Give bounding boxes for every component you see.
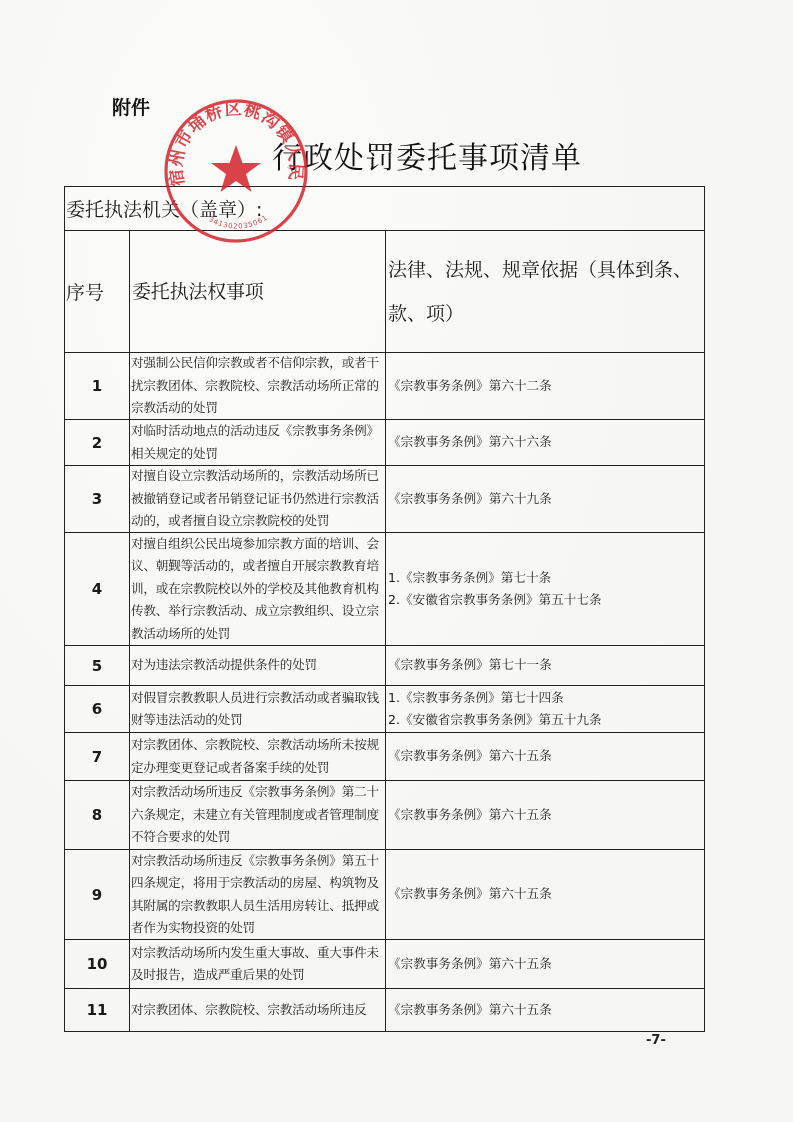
row-basis: 1.《宗教事务条例》第七十条 2.《安徽省宗教事务条例》第五十七条	[386, 533, 704, 645]
table-header: 序号 委托执法权事项 法律、法规、规章依据（具体到条、款、项）	[65, 231, 704, 353]
table-row: 9 对宗教活动场所违反《宗教事务条例》第五十四条规定，将用于宗教活动的房屋、构筑…	[65, 850, 704, 940]
table-row: 8 对宗教活动场所违反《宗教事务条例》第二十六条规定，未建立有关管理制度或者管理…	[65, 781, 704, 850]
basis-line: 《宗教事务条例》第六十五条	[388, 999, 552, 1022]
basis-line: 《宗教事务条例》第六十五条	[388, 804, 552, 827]
row-item: 对擅自设立宗教活动场所的，宗教活动场所已被撤销登记或者吊销登记证书仍然进行宗教活…	[130, 466, 386, 532]
basis-line: 1.《宗教事务条例》第七十四条	[388, 687, 564, 710]
page-number: -7-	[646, 1033, 666, 1048]
document-title: 行政处罚委托事项清单	[272, 133, 582, 177]
row-item: 对为违法宗教活动提供条件的处罚	[130, 646, 386, 685]
row-no: 8	[65, 781, 130, 849]
row-no: 5	[65, 646, 130, 685]
row-basis: 《宗教事务条例》第六十六条	[386, 420, 704, 465]
header-no: 序号	[65, 231, 130, 352]
agency-seal-row: 委托执法机关（盖章）:	[65, 187, 704, 231]
row-basis: 《宗教事务条例》第六十五条	[386, 733, 704, 780]
table-row: 3 对擅自设立宗教活动场所的，宗教活动场所已被撤销登记或者吊销登记证书仍然进行宗…	[65, 466, 704, 533]
header-basis: 法律、法规、规章依据（具体到条、款、项）	[386, 231, 704, 352]
row-basis: 《宗教事务条例》第六十五条	[386, 989, 704, 1031]
row-basis: 《宗教事务条例》第七十一条	[386, 646, 704, 685]
row-no: 3	[65, 466, 130, 532]
row-basis: 《宗教事务条例》第六十二条	[386, 353, 704, 419]
table-row: 6 对假冒宗教教职人员进行宗教活动或者骗取钱财等违法活动的处罚 1.《宗教事务条…	[65, 686, 704, 733]
table-row: 5 对为违法宗教活动提供条件的处罚 《宗教事务条例》第七十一条	[65, 646, 704, 686]
row-no: 2	[65, 420, 130, 465]
row-item: 对强制公民信仰宗教或者不信仰宗教，或者干扰宗教团体、宗教院校、宗教活动场所正常的…	[130, 353, 386, 419]
row-no: 1	[65, 353, 130, 419]
basis-line: 《宗教事务条例》第六十二条	[388, 375, 552, 398]
row-no: 11	[65, 989, 130, 1031]
row-basis: 《宗教事务条例》第六十五条	[386, 940, 704, 988]
header-item: 委托执法权事项	[130, 231, 386, 352]
table-row: 4 对擅自组织公民出境参加宗教方面的培训、会议、朝觐等活动的，或者擅自开展宗教教…	[65, 533, 704, 646]
table-row: 2 对临时活动地点的活动违反《宗教事务条例》相关规定的处罚 《宗教事务条例》第六…	[65, 420, 704, 466]
row-item: 对宗教团体、宗教院校、宗教活动场所违反	[130, 989, 386, 1031]
row-item: 对宗教活动场所违反《宗教事务条例》第五十四条规定，将用于宗教活动的房屋、构筑物及…	[130, 850, 386, 939]
row-item: 对擅自组织公民出境参加宗教方面的培训、会议、朝觐等活动的，或者擅自开展宗教教育培…	[130, 533, 386, 645]
table-row: 1 对强制公民信仰宗教或者不信仰宗教，或者干扰宗教团体、宗教院校、宗教活动场所正…	[65, 353, 704, 420]
row-basis: 1.《宗教事务条例》第七十四条 2.《安徽省宗教事务条例》第五十九条	[386, 686, 704, 732]
basis-line: 《宗教事务条例》第六十五条	[388, 883, 552, 906]
basis-line: 《宗教事务条例》第六十九条	[388, 488, 552, 511]
basis-line: 《宗教事务条例》第六十五条	[388, 745, 552, 768]
row-basis: 《宗教事务条例》第六十五条	[386, 781, 704, 849]
row-no: 9	[65, 850, 130, 939]
row-basis: 《宗教事务条例》第六十九条	[386, 466, 704, 532]
table-row: 10 对宗教活动场所内发生重大事故、重大事件未及时报告，造成严重后果的处罚 《宗…	[65, 940, 704, 989]
row-no: 6	[65, 686, 130, 732]
row-item: 对宗教活动场所违反《宗教事务条例》第二十六条规定，未建立有关管理制度或者管理制度…	[130, 781, 386, 849]
basis-line: 《宗教事务条例》第六十六条	[388, 431, 552, 454]
row-item: 对宗教活动场所内发生重大事故、重大事件未及时报告，造成严重后果的处罚	[130, 940, 386, 988]
basis-line: 2.《安徽省宗教事务条例》第五十七条	[388, 589, 602, 612]
row-item: 对假冒宗教教职人员进行宗教活动或者骗取钱财等违法活动的处罚	[130, 686, 386, 732]
row-no: 4	[65, 533, 130, 645]
delegation-table: 委托执法机关（盖章）: 序号 委托执法权事项 法律、法规、规章依据（具体到条、款…	[64, 186, 705, 1032]
basis-line: 《宗教事务条例》第七十一条	[388, 654, 552, 677]
table-row: 7 对宗教团体、宗教院校、宗教活动场所未按规定办理变更登记或者备案手续的处罚 《…	[65, 733, 704, 781]
row-no: 10	[65, 940, 130, 988]
row-item: 对宗教团体、宗教院校、宗教活动场所未按规定办理变更登记或者备案手续的处罚	[130, 733, 386, 780]
table-row: 11 对宗教团体、宗教院校、宗教活动场所违反 《宗教事务条例》第六十五条	[65, 989, 704, 1031]
basis-line: 《宗教事务条例》第六十五条	[388, 953, 552, 976]
row-item: 对临时活动地点的活动违反《宗教事务条例》相关规定的处罚	[130, 420, 386, 465]
basis-line: 1.《宗教事务条例》第七十条	[388, 567, 551, 590]
document-page: 附件 行政处罚委托事项清单 委托执法机关（盖章）: 序号 委托执法权事项 法律、…	[0, 0, 793, 1122]
row-basis: 《宗教事务条例》第六十五条	[386, 850, 704, 939]
attachment-label: 附件	[112, 93, 150, 120]
basis-line: 2.《安徽省宗教事务条例》第五十九条	[388, 709, 602, 732]
row-no: 7	[65, 733, 130, 780]
